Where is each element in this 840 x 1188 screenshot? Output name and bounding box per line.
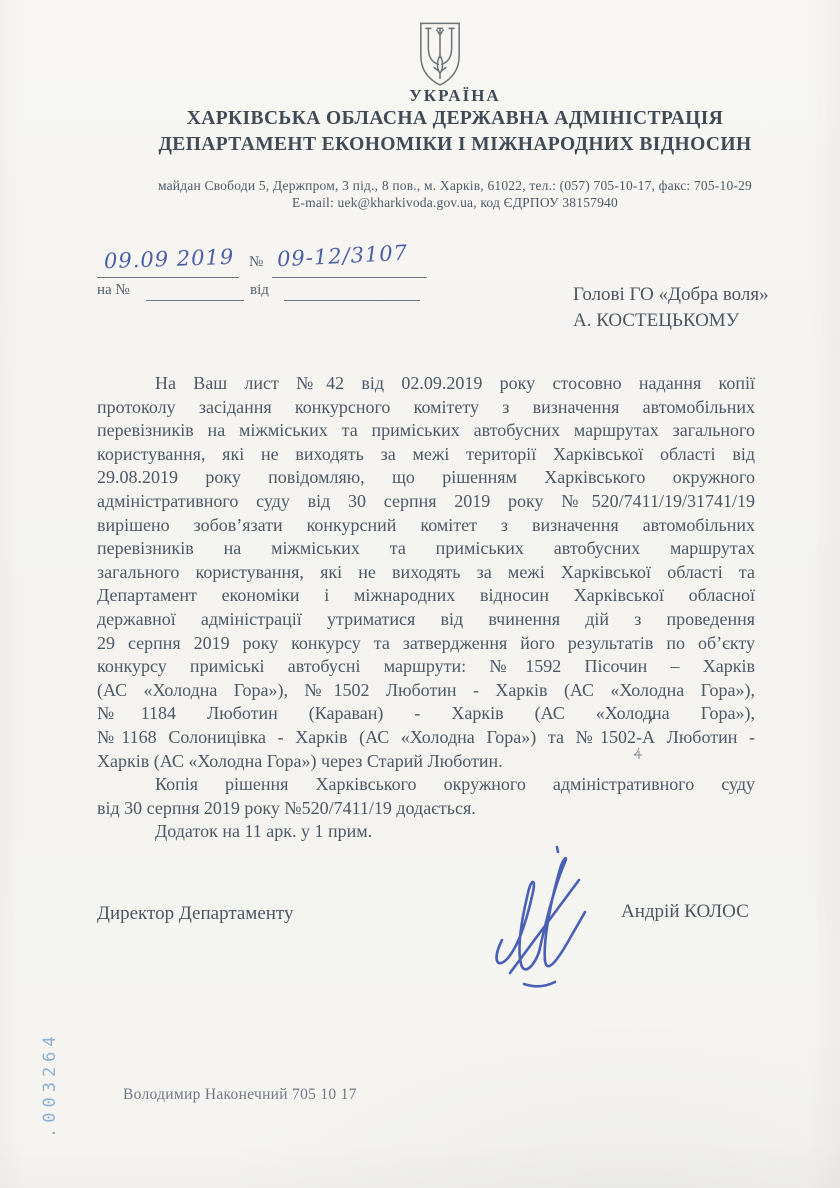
body-line: Харків (АС «Холодна Гора») через Старий …: [97, 750, 755, 774]
registration-stamp-number: .003264: [40, 988, 60, 1138]
number-label: №: [249, 254, 263, 271]
reply-number-underline: [146, 299, 244, 301]
letterhead-contacts: E-mail: uek@kharkivoda.gov.ua, код ЄДРПО…: [90, 195, 820, 211]
pen-mark: [646, 714, 656, 726]
body-line: №1168 Солоницівка - Харків (АС «Холодна …: [97, 726, 755, 750]
signoff-position: Директор Департаменту: [97, 903, 293, 925]
signoff-name: Андрій КОЛОС: [621, 901, 749, 923]
reply-date-label: від: [250, 282, 269, 299]
handwritten-date: 09.09 2019: [104, 245, 235, 274]
ukraine-trident-emblem-icon: [415, 20, 465, 90]
addressee-title: Голові ГО «Добра воля»: [573, 282, 769, 308]
number-underline: [272, 276, 427, 278]
pen-mark: [632, 746, 644, 761]
reply-to-label: на №: [97, 282, 130, 299]
body-line: перевізників на міжміських та приміських…: [97, 537, 755, 561]
body-line: загального користування, які не виходять…: [97, 561, 755, 585]
body-line: протоколу засідання конкурсного комітету…: [97, 396, 755, 420]
date-underline: [97, 276, 239, 278]
body-line: конкурсу приміські автобусні маршрути: №…: [97, 655, 755, 679]
handwritten-signature-icon: [486, 842, 598, 990]
body-line: На Ваш лист №42 від 02.09.2019 року стос…: [97, 372, 755, 396]
addressee-block: Голові ГО «Добра воля» А. КОСТЕЦЬКОМУ: [573, 282, 769, 334]
letterhead-country: УКРАЇНА: [90, 86, 820, 106]
addressee-name: А. КОСТЕЦЬКОМУ: [573, 308, 769, 334]
letter-body: На Ваш лист №42 від 02.09.2019 року стос…: [97, 372, 755, 844]
letterhead-department: ДЕПАРТАМЕНТ ЕКОНОМІКИ І МІЖНАРОДНИХ ВІДН…: [90, 134, 820, 156]
body-line: адміністративного суду від 30 серпня 201…: [97, 490, 755, 514]
letterhead-organization: ХАРКІВСЬКА ОБЛАСНА ДЕРЖАВНА АДМІНІСТРАЦІ…: [90, 108, 820, 130]
reply-date-underline: [284, 299, 420, 301]
body-line: користування, які не виходять за межі те…: [97, 443, 755, 467]
body-line: державної адміністрації утриматися від в…: [97, 608, 755, 632]
executor-contact: Володимир Наконечний 705 10 17: [123, 1086, 357, 1104]
body-line: перевізників на міжміських та приміських…: [97, 419, 755, 443]
scanned-letter-page: УКРАЇНА ХАРКІВСЬКА ОБЛАСНА ДЕРЖАВНА АДМІ…: [0, 0, 840, 1188]
body-line: №1184 Люботин (Караван) - Харків (АС «Хо…: [97, 702, 755, 726]
body-line: Додаток на 11 арк. у 1 прим.: [97, 820, 755, 844]
body-line: (АС «Холодна Гора»), №1502 Люботин - Хар…: [97, 679, 755, 703]
body-line: Департамент економіки і міжнародних відн…: [97, 584, 755, 608]
handwritten-number: 09-12/3107: [276, 241, 408, 272]
letterhead-address: майдан Свободи 5, Держпром, 3 під., 8 по…: [90, 178, 820, 194]
body-line: вирішено зобов’язати конкурсний комітет …: [97, 514, 755, 538]
body-line: Копія рішення Харківського окружного адм…: [97, 773, 755, 797]
body-line: від 30 серпня 2019 року №520/7411/19 дод…: [97, 797, 755, 821]
body-line: 29.08.2019 року повідомляю, що рішенням …: [97, 466, 755, 490]
body-line: 29 серпня 2019 року конкурсу та затвердж…: [97, 632, 755, 656]
